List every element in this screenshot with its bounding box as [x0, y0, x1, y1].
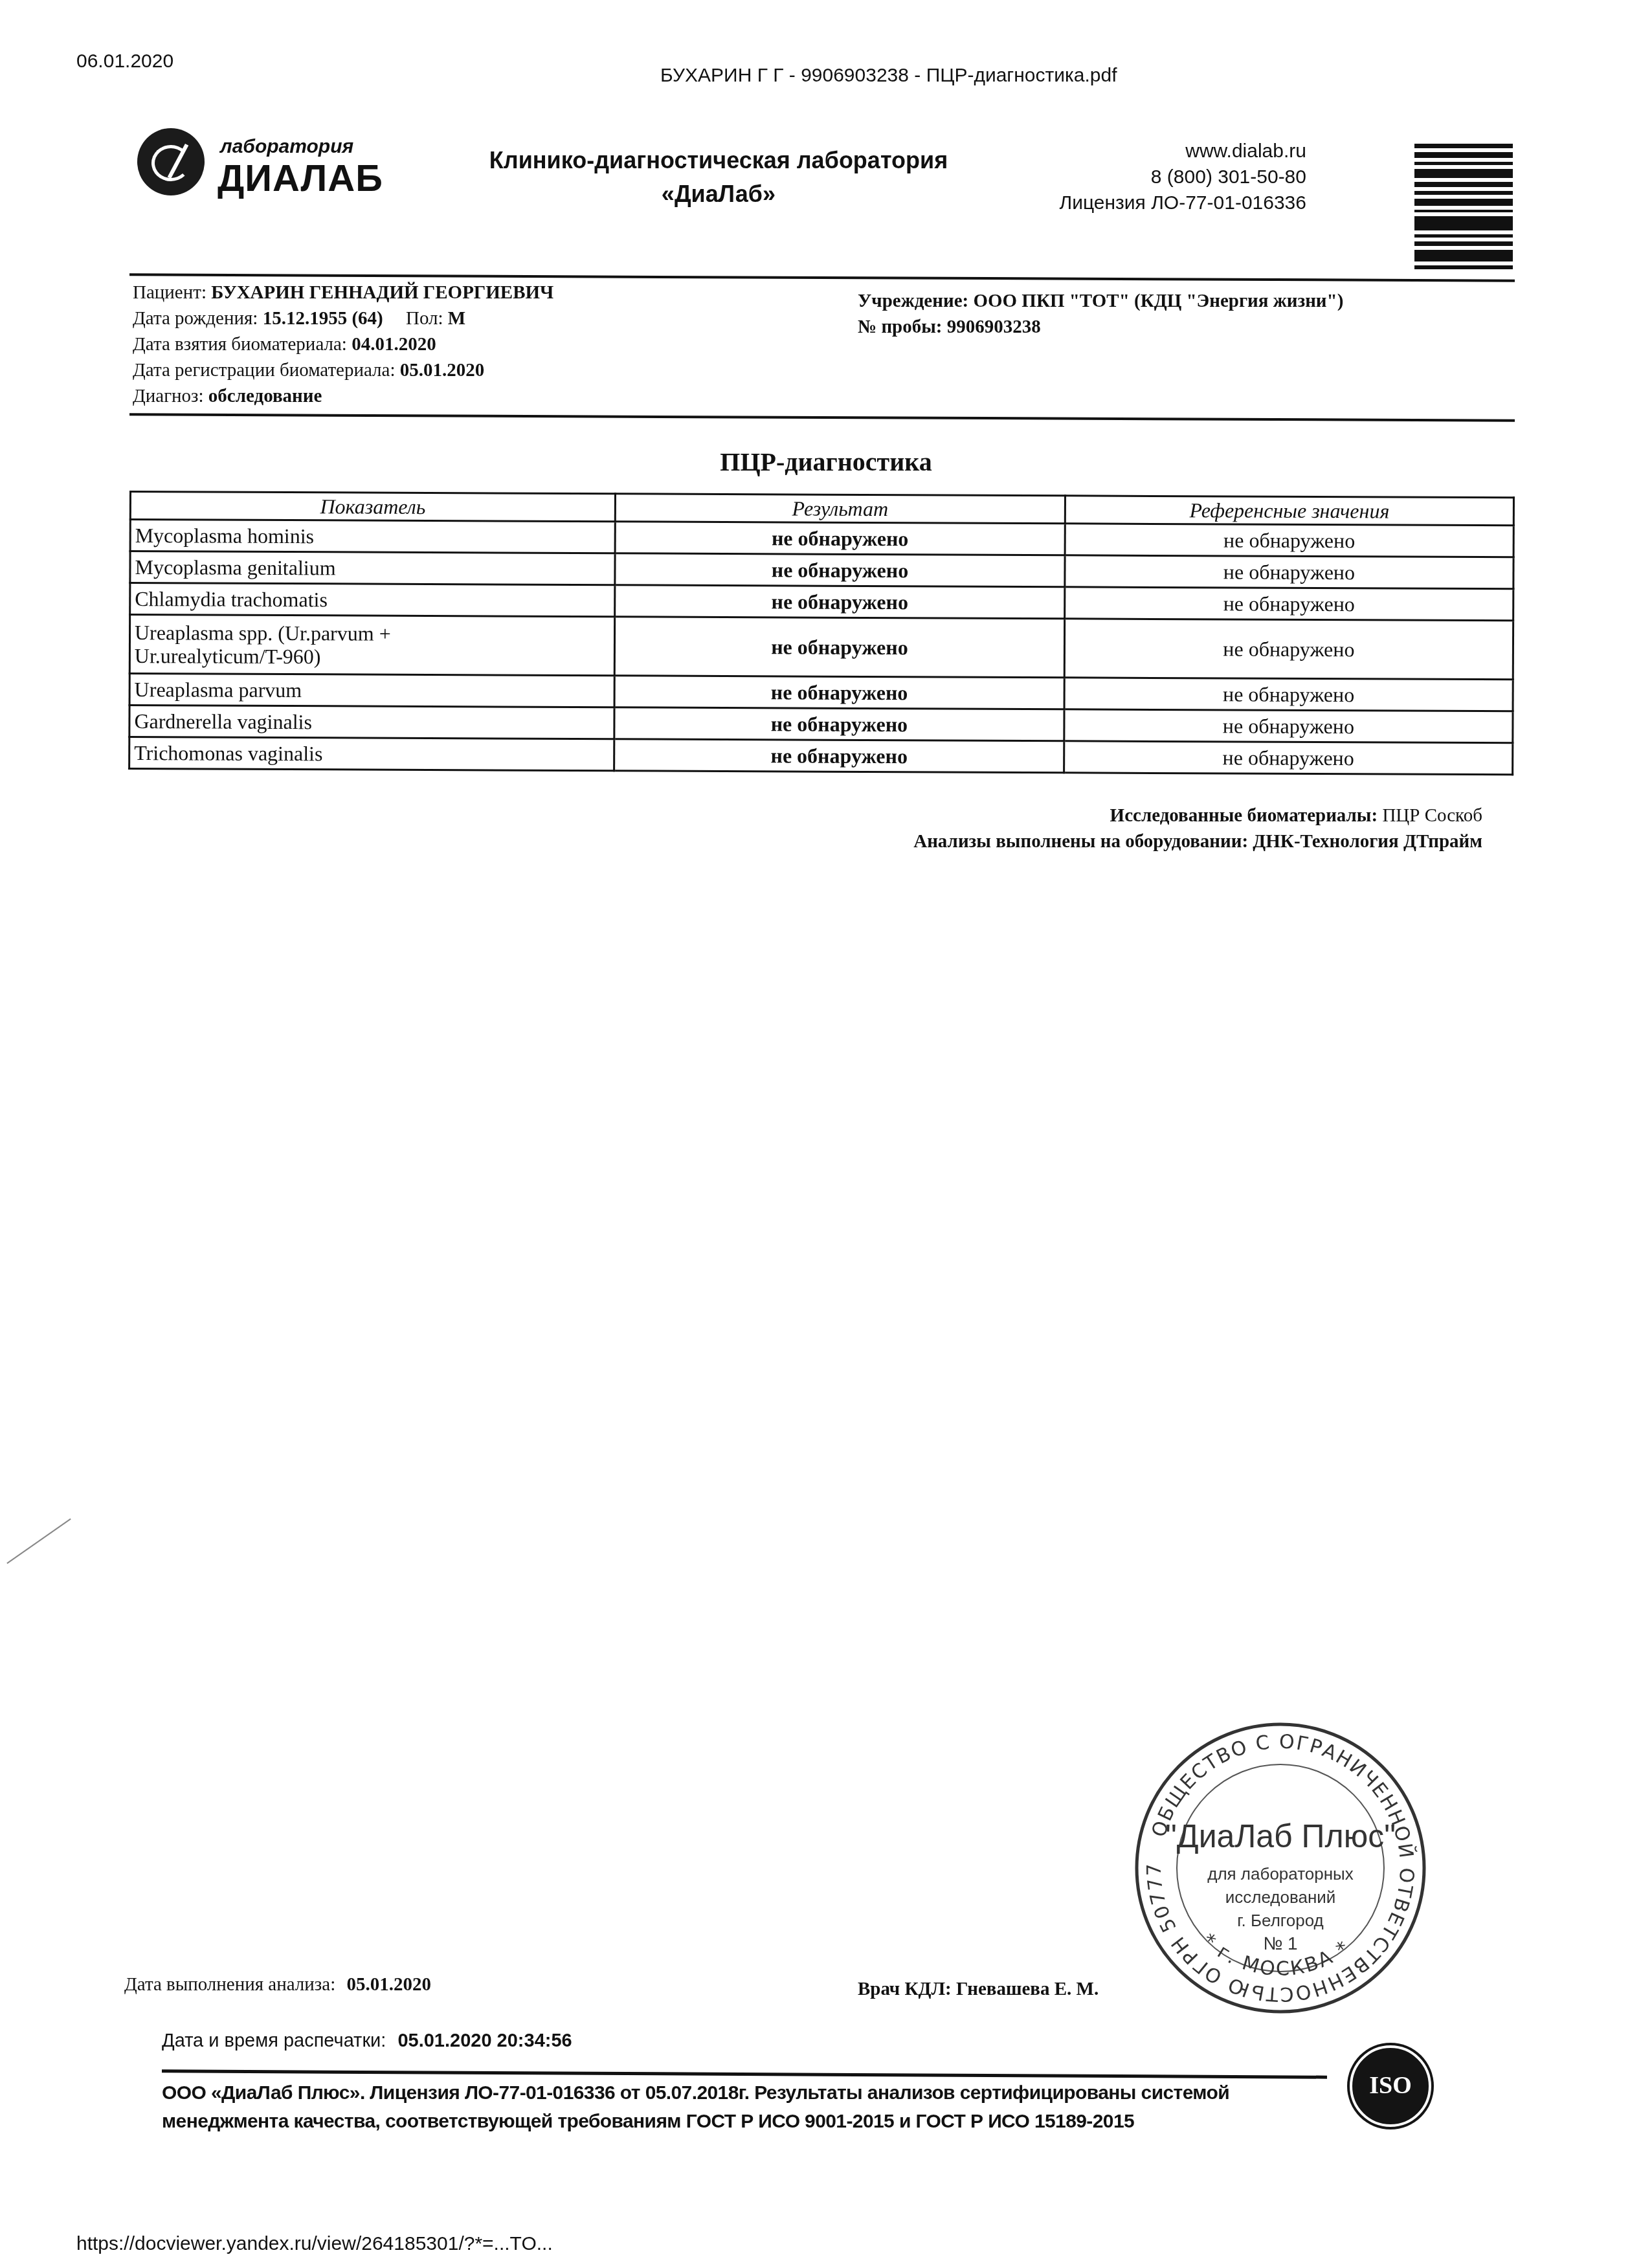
stamp-line2: исследований	[1225, 1887, 1336, 1907]
diagnosis-value: обследование	[208, 386, 322, 406]
indicator-name-line2: Ur.urealyticum/T-960)	[135, 644, 610, 669]
patient-divider	[129, 413, 1515, 421]
equipment-label: Анализы выполнены на оборудовании:	[913, 831, 1248, 852]
print-date: 06.01.2020	[76, 50, 173, 72]
registered-row: Дата регистрации биоматериала: 05.01.202…	[133, 357, 553, 383]
scan-edge-mark	[6, 1518, 71, 1564]
indicator-name: Ureaplasma parvum	[129, 674, 614, 707]
print-time-label: Дата и время распечатки:	[162, 2030, 386, 2051]
biomaterials-info: Исследованные биоматериалы: ПЦР Соскоб А…	[913, 803, 1482, 854]
patient-name-value: БУХАРИН ГЕННАДИЙ ГЕОРГИЕВИЧ	[211, 282, 553, 303]
result-value: не обнаружено	[614, 617, 1064, 678]
institution-row: Учреждение: ООО ПКП "ТОТ" (КДЦ "Энергия …	[858, 288, 1343, 314]
indicator-name: Chlamydia trachomatis	[130, 583, 615, 617]
legal-line2: менеджмента качества, соответствующей тр…	[162, 2107, 1262, 2136]
result-value: не обнаружено	[614, 707, 1064, 741]
logo-subtitle: лаборатория	[220, 136, 353, 158]
dob-label: Дата рождения:	[133, 308, 258, 329]
patient-name-label: Пациент:	[133, 282, 206, 303]
legal-notice: ООО «ДиаЛаб Плюс». Лицензия ЛО-77-01-016…	[162, 2079, 1262, 2136]
header-reference: Референсные значения	[1065, 496, 1513, 526]
result-value: не обнаружено	[615, 553, 1065, 587]
sex-label: Пол:	[406, 308, 443, 329]
logo-wordmark: ДИАЛАБ	[218, 157, 383, 200]
patient-info: Пациент: БУХАРИН ГЕННАДИЙ ГЕОРГИЕВИЧ Дат…	[133, 280, 553, 409]
lab-name-line2: «ДиаЛаб»	[466, 177, 971, 211]
table-row: Ureaplasma spp. (Ur.parvum + Ur.urealyti…	[129, 615, 1513, 680]
indicator-name: Ureaplasma spp. (Ur.parvum + Ur.urealyti…	[129, 615, 614, 676]
biomaterials-row: Исследованные биоматериалы: ПЦР Соскоб	[913, 803, 1482, 828]
registered-value: 05.01.2020	[400, 360, 485, 381]
doctor-value: Гневашева Е. М.	[956, 1979, 1099, 1999]
table-row: Trichomonas vaginalis не обнаружено не о…	[129, 737, 1513, 775]
analysis-date: Дата выполнения анализа: 05.01.2020	[124, 1974, 431, 1996]
lab-stamp-icon: ОБЩЕСТВО С ОГРАНИЧЕННОЙ ОТВЕТСТВЕННОСТЬЮ…	[1132, 1719, 1429, 2017]
section-title: ПЦР-диагностика	[0, 447, 1652, 477]
result-value: не обнаружено	[614, 676, 1064, 709]
lab-license: Лицензия ЛО-77-01-016336	[1060, 190, 1306, 216]
equipment-value: ДНК-Технология ДТпрайм	[1253, 831, 1482, 852]
print-time: Дата и время распечатки: 05.01.2020 20:3…	[162, 2030, 572, 2052]
sample-value: 9906903238	[947, 317, 1041, 337]
lab-contacts: www.dialab.ru 8 (800) 301-50-80 Лицензия…	[1060, 139, 1306, 216]
reference-value: не обнаружено	[1064, 619, 1513, 680]
result-value: не обнаружено	[615, 522, 1065, 555]
patient-dob-row: Дата рождения: 15.12.1955 (64) Пол: М	[133, 306, 553, 331]
dialab-logo: лаборатория ДИАЛАБ	[137, 128, 370, 199]
legal-line1: ООО «ДиаЛаб Плюс». Лицензия ЛО-77-01-016…	[162, 2079, 1262, 2107]
lab-phone: 8 (800) 301-50-80	[1060, 164, 1306, 190]
diagnosis-row: Диагноз: обследование	[133, 383, 553, 409]
doctor-signature: Врач КДЛ: Гневашева Е. М.	[858, 1979, 1099, 2000]
dialab-swirl-logo-icon	[137, 128, 205, 195]
indicator-name: Gardnerella vaginalis	[129, 706, 614, 739]
lab-name-line1: Клинико-диагностическая лаборатория	[466, 144, 971, 177]
stamp-line1: для лабораторных	[1207, 1864, 1354, 1884]
indicator-name: Mycoplasma hominis	[130, 520, 615, 553]
print-file-title: БУХАРИН Г Г - 9906903238 - ПЦР-диагности…	[660, 65, 1117, 87]
stamp-title: "ДиаЛаб Плюс"	[1165, 1818, 1396, 1854]
iso-badge-icon: ISO	[1350, 2045, 1431, 2127]
indicator-name: Mycoplasma genitalium	[130, 551, 615, 585]
analysis-date-value: 05.01.2020	[347, 1974, 432, 1995]
stamp-line4: № 1	[1263, 1933, 1297, 1953]
result-value: не обнаружено	[615, 585, 1065, 619]
institution-label: Учреждение:	[858, 291, 968, 311]
lab-website: www.dialab.ru	[1060, 139, 1306, 164]
barcode-icon	[1414, 144, 1513, 280]
collected-row: Дата взятия биоматериала: 04.01.2020	[133, 331, 553, 357]
doctor-label: Врач КДЛ:	[858, 1979, 952, 1999]
footer-divider	[162, 2069, 1327, 2078]
lab-name: Клинико-диагностическая лаборатория «Диа…	[466, 144, 971, 211]
sample-label: № пробы:	[858, 317, 943, 337]
biomaterials-label: Исследованные биоматериалы:	[1110, 805, 1378, 826]
collected-value: 04.01.2020	[352, 334, 436, 355]
reference-value: не обнаружено	[1064, 709, 1513, 743]
patient-name-row: Пациент: БУХАРИН ГЕННАДИЙ ГЕОРГИЕВИЧ	[133, 280, 553, 306]
analysis-date-label: Дата выполнения анализа:	[124, 1974, 335, 1995]
header-result: Результат	[615, 494, 1065, 524]
collected-label: Дата взятия биоматериала:	[133, 334, 347, 355]
result-value: не обнаружено	[614, 739, 1064, 773]
sample-row: № пробы: 9906903238	[858, 314, 1343, 340]
indicator-name: Trichomonas vaginalis	[129, 737, 614, 771]
institution-value: ООО ПКП "ТОТ" (КДЦ "Энергия жизни")	[973, 291, 1343, 311]
indicator-name-line1: Ureaplasma spp. (Ur.parvum +	[135, 621, 610, 646]
footer-url: https://docviewer.yandex.ru/view/2641853…	[76, 2233, 553, 2255]
results-table: Показатель Результат Референсные значени…	[128, 491, 1515, 775]
iso-label: ISO	[1352, 2071, 1429, 2100]
sex-value: М	[448, 308, 465, 329]
reference-value: не обнаружено	[1065, 524, 1513, 557]
reference-value: не обнаружено	[1065, 587, 1513, 621]
equipment-row: Анализы выполнены на оборудовании: ДНК-Т…	[913, 828, 1482, 854]
biomaterials-value: ПЦР Соскоб	[1382, 805, 1482, 826]
diagnosis-label: Диагноз:	[133, 386, 204, 406]
institution-info: Учреждение: ООО ПКП "ТОТ" (КДЦ "Энергия …	[858, 288, 1343, 340]
reference-value: не обнаружено	[1064, 678, 1513, 711]
reference-value: не обнаружено	[1064, 741, 1513, 775]
dob-value: 15.12.1955 (64)	[263, 308, 383, 329]
header-indicator: Показатель	[130, 492, 615, 522]
stamp-line3: г. Белгород	[1237, 1911, 1323, 1930]
print-time-value: 05.01.2020 20:34:56	[397, 2030, 572, 2051]
registered-label: Дата регистрации биоматериала:	[133, 360, 396, 381]
reference-value: не обнаружено	[1065, 555, 1513, 589]
